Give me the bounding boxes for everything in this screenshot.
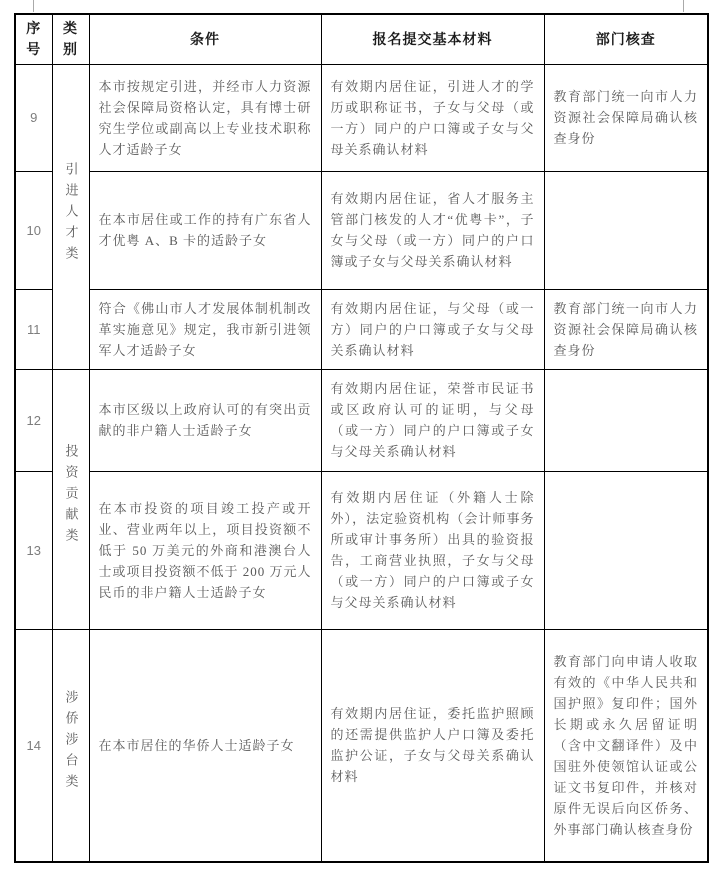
materials-cell: 有效期内居住证，与父母（或一方）同户的户口簿或子女与父母关系确认材料: [321, 289, 544, 369]
category-cell-talent: 引进人才类: [52, 64, 89, 369]
verification-cell: [544, 471, 708, 629]
row-number: 12: [15, 369, 52, 471]
table-row-10: 10 在本市居住或工作的持有广东省人才优粤 A、B 卡的适龄子女 有效期内居住证…: [15, 171, 708, 289]
condition-cell: 本市区级以上政府认可的有突出贡献的非户籍人士适龄子女: [89, 369, 321, 471]
verification-cell: [544, 369, 708, 471]
category-cell-overseas: 涉侨涉台类: [52, 629, 89, 862]
category-cell-investment: 投资贡献类: [52, 369, 89, 629]
header-materials: 报名提交基本材料: [321, 14, 544, 64]
table-row-11: 11 符合《佛山市人才发展体制机制改革实施意见》规定，我市新引进领军人才适龄子女…: [15, 289, 708, 369]
verification-cell: [544, 171, 708, 289]
category-label: 投资贡献类: [59, 444, 83, 549]
table-row-13: 13 在本市投资的项目竣工投产或开业、营业两年以上，项目投资额不低于 50 万美…: [15, 471, 708, 629]
materials-cell: 有效期内居住证，引进人才的学历或职称证书，子女与父母（或一方）同户的户口簿或子女…: [321, 64, 544, 171]
condition-cell: 在本市居住或工作的持有广东省人才优粤 A、B 卡的适龄子女: [89, 171, 321, 289]
table-row-12: 12 投资贡献类 本市区级以上政府认可的有突出贡献的非户籍人士适龄子女 有效期内…: [15, 369, 708, 471]
row-number: 11: [15, 289, 52, 369]
admission-categories-table: 序号 类别 条件 报名提交基本材料 部门核查 9 引进人才类 本市按规定引进，并…: [14, 13, 709, 863]
header-category: 类别: [52, 14, 89, 64]
category-label: 引进人才类: [59, 162, 83, 267]
table-row-9: 9 引进人才类 本市按规定引进，并经市人力资源社会保障局资格认定，具有博士研究生…: [15, 64, 708, 171]
materials-cell: 有效期内居住证，荣誉市民证书或区政府认可的证明，与父母（或一方）同户的户口簿或子…: [321, 369, 544, 471]
verification-cell: 教育部门统一向市人力资源社会保障局确认核查身份: [544, 289, 708, 369]
table-row-14: 14 涉侨涉台类 在本市居住的华侨人士适龄子女 有效期内居住证，委托监护照顾的还…: [15, 629, 708, 862]
row-number: 14: [15, 629, 52, 862]
materials-cell: 有效期内居住证，委托监护照顾的还需提供监护人户口簿及委托监护公证，子女与父母关系…: [321, 629, 544, 862]
page-margin-mark-left: [33, 0, 34, 12]
row-number: 10: [15, 171, 52, 289]
condition-cell: 本市按规定引进，并经市人力资源社会保障局资格认定，具有博士研究生学位或副高以上专…: [89, 64, 321, 171]
materials-cell: 有效期内居住证（外籍人士除外），法定验资机构（会计师事务所或审计事务所）出具的验…: [321, 471, 544, 629]
header-condition: 条件: [89, 14, 321, 64]
category-label: 涉侨涉台类: [59, 690, 83, 795]
header-serial-number: 序号: [15, 14, 52, 64]
verification-cell: 教育部门向申请人收取有效的《中华人民共和国护照》复印件；国外长期或永久居留证明（…: [544, 629, 708, 862]
page-margin-mark-right: [683, 0, 684, 12]
condition-cell: 在本市投资的项目竣工投产或开业、营业两年以上，项目投资额不低于 50 万美元的外…: [89, 471, 321, 629]
header-verification: 部门核查: [544, 14, 708, 64]
table-header-row: 序号 类别 条件 报名提交基本材料 部门核查: [15, 14, 708, 64]
row-number: 13: [15, 471, 52, 629]
materials-cell: 有效期内居住证，省人才服务主管部门核发的人才“优粤卡”，子女与父母（或一方）同户…: [321, 171, 544, 289]
condition-cell: 在本市居住的华侨人士适龄子女: [89, 629, 321, 862]
verification-cell: 教育部门统一向市人力资源社会保障局确认核查身份: [544, 64, 708, 171]
condition-cell: 符合《佛山市人才发展体制机制改革实施意见》规定，我市新引进领军人才适龄子女: [89, 289, 321, 369]
row-number: 9: [15, 64, 52, 171]
